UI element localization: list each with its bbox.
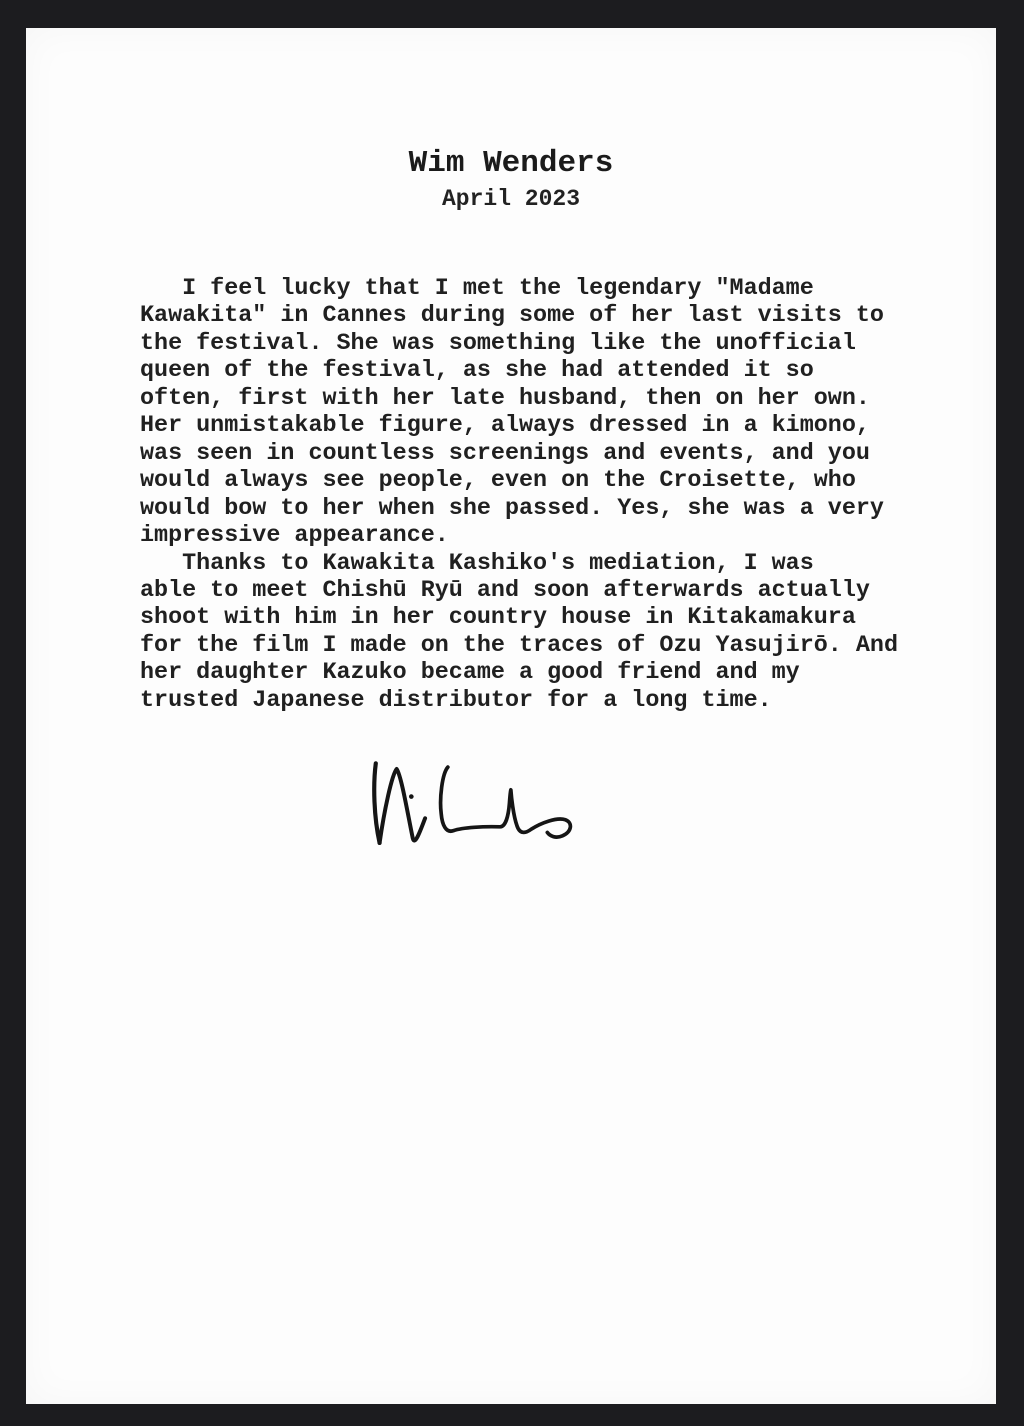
handwritten-signature: [372, 759, 590, 852]
letter-date: April 2023: [26, 186, 996, 212]
photo-frame: Wim Wenders April 2023 I feel lucky that…: [0, 0, 1024, 1426]
letter-body-text: I feel lucky that I met the legendary "M…: [140, 276, 950, 715]
letter-page: Wim Wenders April 2023 I feel lucky that…: [26, 28, 996, 1404]
letter-author-title: Wim Wenders: [26, 146, 996, 182]
